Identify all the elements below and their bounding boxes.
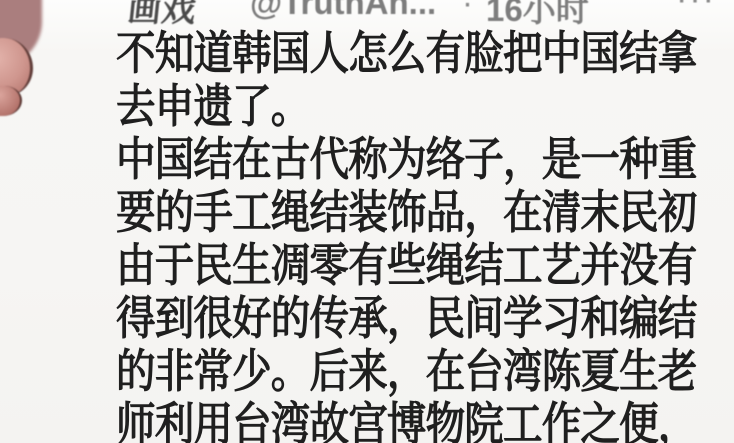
header-separator: · (462, 0, 473, 22)
post-text-line: 的非常少。后来，在台湾陈夏生老 (116, 345, 666, 398)
avatar[interactable] (0, 0, 64, 130)
post-text-line: 师利用台湾故宫博物院工作之便， (116, 398, 666, 443)
post-text-line: 得到很好的传承，民间学习和编结 (116, 292, 666, 345)
post-text-line: 要的手工绳结装饰品，在清末民初 (116, 186, 666, 239)
post-text-line: 中国结在古代称为络子，是一种重 (116, 133, 666, 186)
post-text-line: 不知道韩国人怎么有脸把中国结拿 (116, 27, 666, 80)
author-handle[interactable]: @TruthAn... (250, 0, 436, 22)
more-options-icon[interactable]: ··· (676, 0, 716, 19)
post-text-line: 去申遗了。 (116, 80, 666, 133)
post-text-line: 由于民生凋零有些绳结工艺并没有 (116, 239, 666, 292)
post-body: 不知道韩国人怎么有脸把中国结拿 去申遗了。 中国结在古代称为络子，是一种重 要的… (116, 27, 734, 443)
social-post-screenshot: 画戏 @TruthAn... · 16小时 ··· 不知道韩国人怎么有脸把中国结… (0, 0, 734, 443)
